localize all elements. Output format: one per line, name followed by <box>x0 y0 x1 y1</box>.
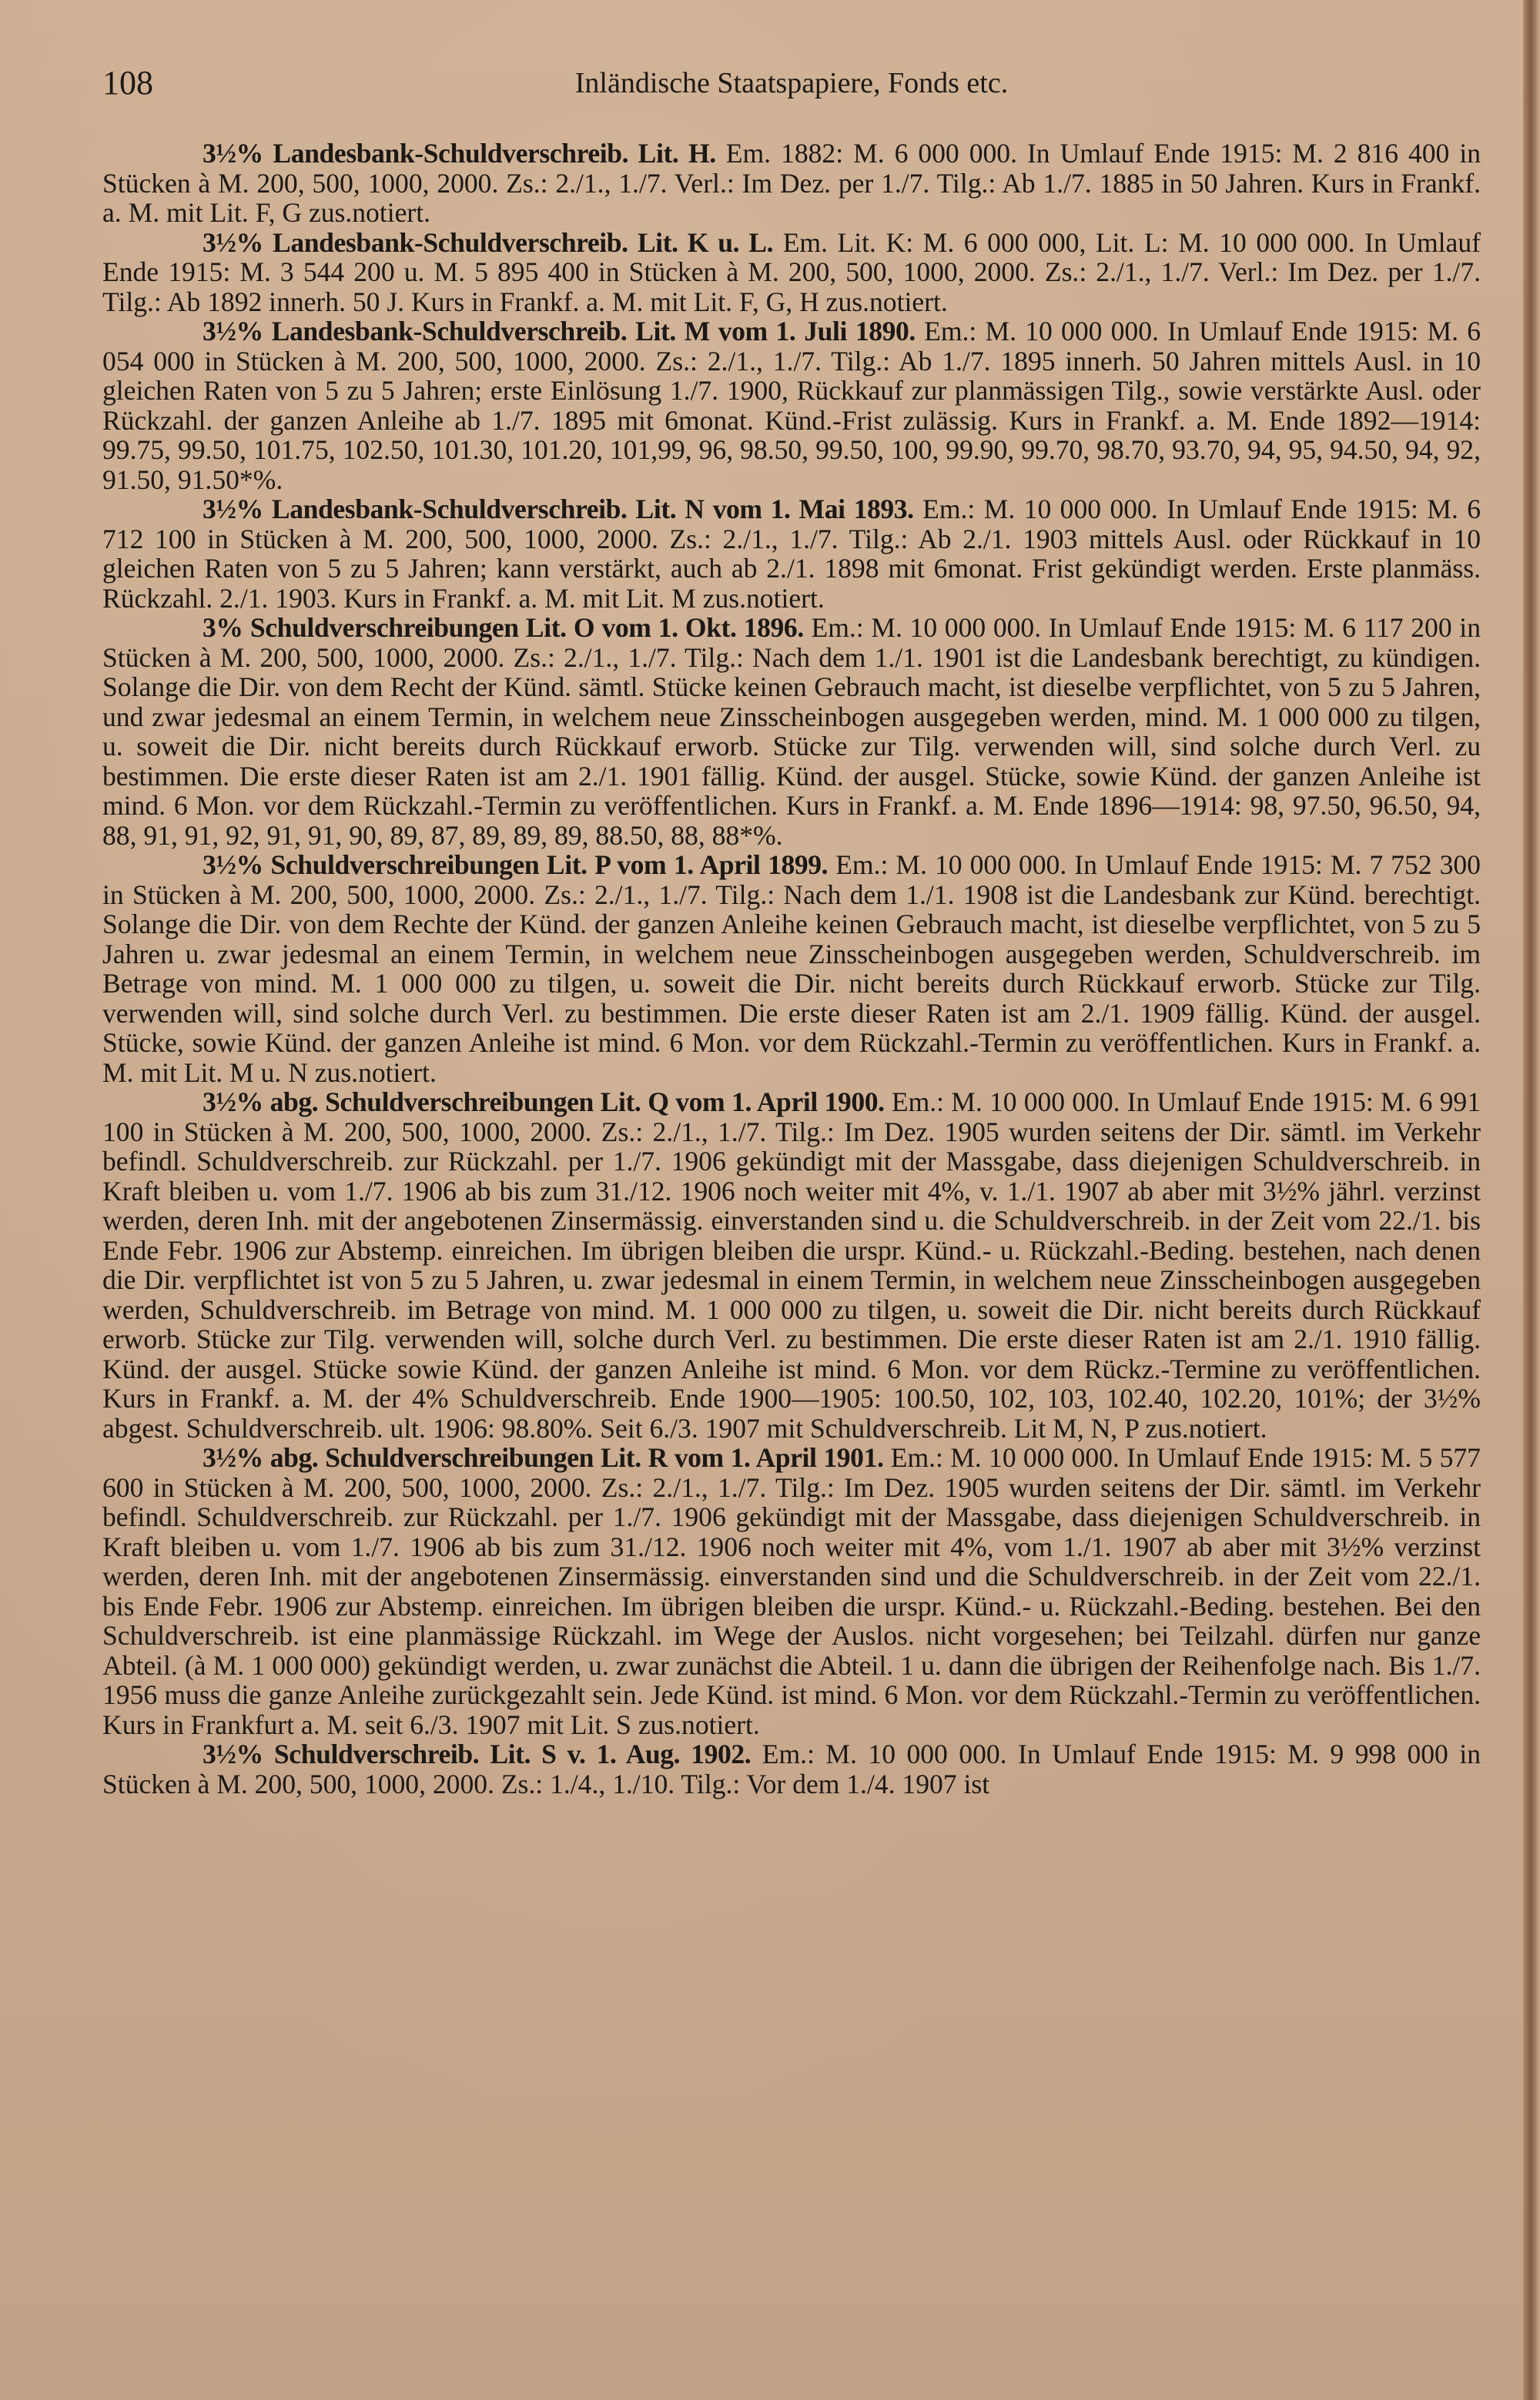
entry-lit-r: 3½% abg. Schuldverschreibungen Lit. R vo… <box>102 1443 1481 1739</box>
running-title: Inländische Staatspapiere, Fonds etc. <box>102 66 1481 100</box>
entry-title: 3½% Schuldverschreib. Lit. S v. 1. Aug. … <box>203 1739 751 1769</box>
entry-text: Em.: M. 10 000 000. In Umlauf Ende 1915:… <box>102 849 1481 1088</box>
entry-lit-m: 3½% Landesbank-Schuldverschreib. Lit. M … <box>102 316 1481 494</box>
page-header: 108 Inländische Staatspapiere, Fonds etc… <box>102 63 1481 117</box>
entry-title: 3½% abg. Schuldverschreibungen Lit. R vo… <box>203 1442 883 1473</box>
entry-title: 3½% abg. Schuldverschreibungen Lit. Q vo… <box>203 1086 885 1117</box>
entry-text: Em.: M. 10 000 000. In Umlauf Ende 1915:… <box>102 1086 1481 1444</box>
entry-lit-n: 3½% Landesbank-Schuldverschreib. Lit. N … <box>102 494 1481 613</box>
entry-lit-s: 3½% Schuldverschreib. Lit. S v. 1. Aug. … <box>102 1739 1481 1799</box>
book-page: 108 Inländische Staatspapiere, Fonds etc… <box>0 0 1540 2400</box>
entry-text: Em.: M. 10 000 000. In Umlauf Ende 1915:… <box>102 1442 1481 1740</box>
page-body: 3½% Landesbank-Schuldverschreib. Lit. H.… <box>102 139 1481 1799</box>
entry-title: 3½% Schuldverschreibungen Lit. P vom 1. … <box>203 849 828 880</box>
entry-title: 3% Schuldverschreibungen Lit. O vom 1. O… <box>203 612 804 643</box>
entry-lit-h: 3½% Landesbank-Schuldverschreib. Lit. H.… <box>102 139 1481 228</box>
entry-lit-k-l: 3½% Landesbank-Schuldverschreib. Lit. K … <box>102 228 1481 317</box>
entry-title: 3½% Landesbank-Schuldverschreib. Lit. K … <box>203 227 773 258</box>
entry-text: Em.: M. 10 000 000. In Umlauf Ende 1915:… <box>102 612 1481 851</box>
book-spine-edge <box>1523 0 1540 2400</box>
entry-title: 3½% Landesbank-Schuldverschreib. Lit. M … <box>203 316 916 346</box>
entry-lit-o: 3% Schuldverschreibungen Lit. O vom 1. O… <box>102 613 1481 850</box>
entry-title: 3½% Landesbank-Schuldverschreib. Lit. H. <box>203 138 716 169</box>
entry-lit-p: 3½% Schuldverschreibungen Lit. P vom 1. … <box>102 850 1481 1087</box>
entry-title: 3½% Landesbank-Schuldverschreib. Lit. N … <box>203 494 914 524</box>
entry-lit-q: 3½% abg. Schuldverschreibungen Lit. Q vo… <box>102 1087 1481 1443</box>
